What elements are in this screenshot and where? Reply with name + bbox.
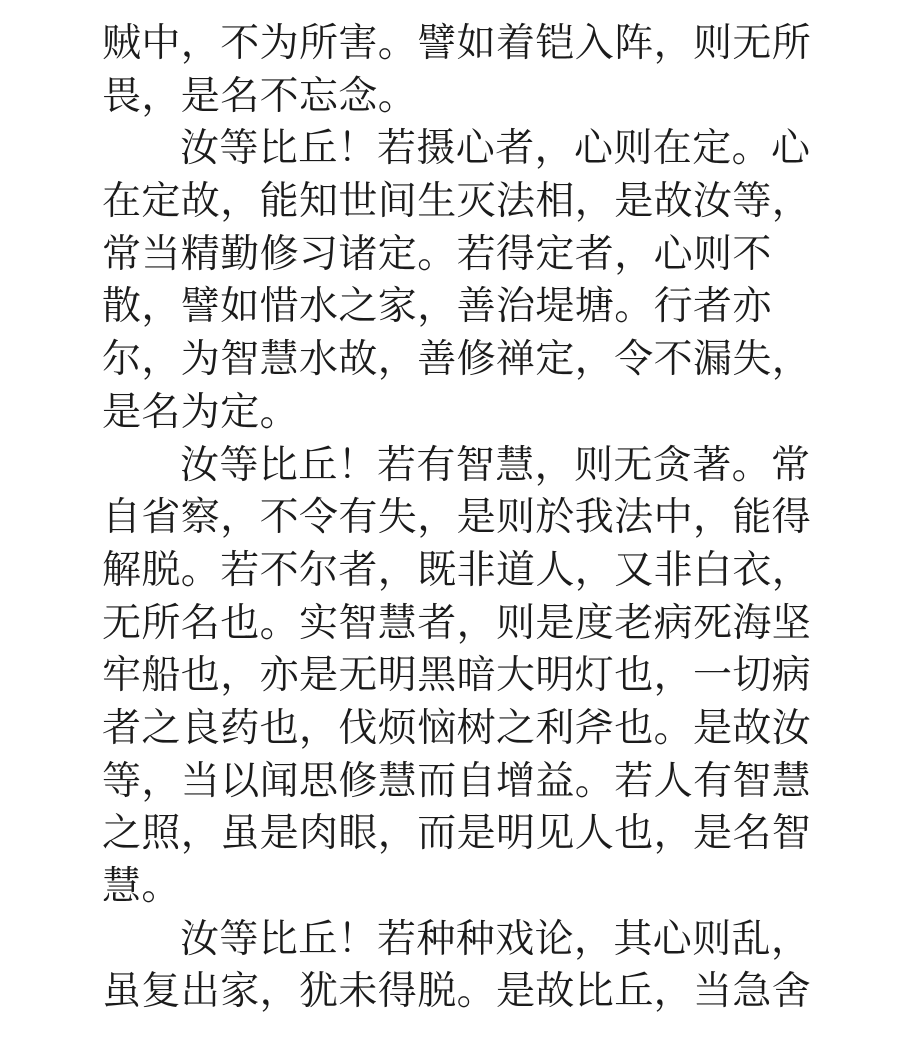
document-page: 贼中，不为所害。譬如着铠入阵，则无所畏，是名不忘念。汝等比丘！若摄心者，心则在定… — [0, 0, 898, 1052]
text-line: 是名为定。 — [102, 387, 898, 440]
text-line: 虽复出家，犹未得脱。是故比丘，当急舍 — [102, 966, 898, 1019]
text-line: 者之良药也，伐烦恼树之利斧也。是故汝 — [102, 703, 898, 756]
text-line: 等，当以闻思修慧而自增益。若人有智慧 — [102, 756, 898, 809]
text-line: 汝等比丘！若摄心者，心则在定。心 — [102, 123, 898, 176]
text-line: 尔，为智慧水故，善修禅定，令不漏失， — [102, 334, 898, 387]
text-line: 汝等比丘！若种种戏论，其心则乱， — [102, 914, 898, 967]
text-line: 散，譬如惜水之家，善治堤塘。行者亦 — [102, 281, 898, 334]
text-line: 慧。 — [102, 861, 898, 914]
text-line: 在定故，能知世间生灭法相，是故汝等， — [102, 176, 898, 229]
text-line: 无所名也。实智慧者，则是度老病死海坚 — [102, 598, 898, 651]
text-line: 牢船也，亦是无明黑暗大明灯也，一切病 — [102, 650, 898, 703]
text-line: 解脱。若不尔者，既非道人，又非白衣， — [102, 545, 898, 598]
text-line: 贼中，不为所害。譬如着铠入阵，则无所 — [102, 18, 898, 71]
text-line: 畏，是名不忘念。 — [102, 71, 898, 124]
text-line: 常当精勤修习诸定。若得定者，心则不 — [102, 229, 898, 282]
sutra-text-block: 贼中，不为所害。譬如着铠入阵，则无所畏，是名不忘念。汝等比丘！若摄心者，心则在定… — [102, 18, 898, 1019]
text-line: 自省察，不令有失，是则於我法中，能得 — [102, 492, 898, 545]
text-line: 汝等比丘！若有智慧，则无贪著。常 — [102, 440, 898, 493]
text-line: 之照，虽是肉眼，而是明见人也，是名智 — [102, 808, 898, 861]
